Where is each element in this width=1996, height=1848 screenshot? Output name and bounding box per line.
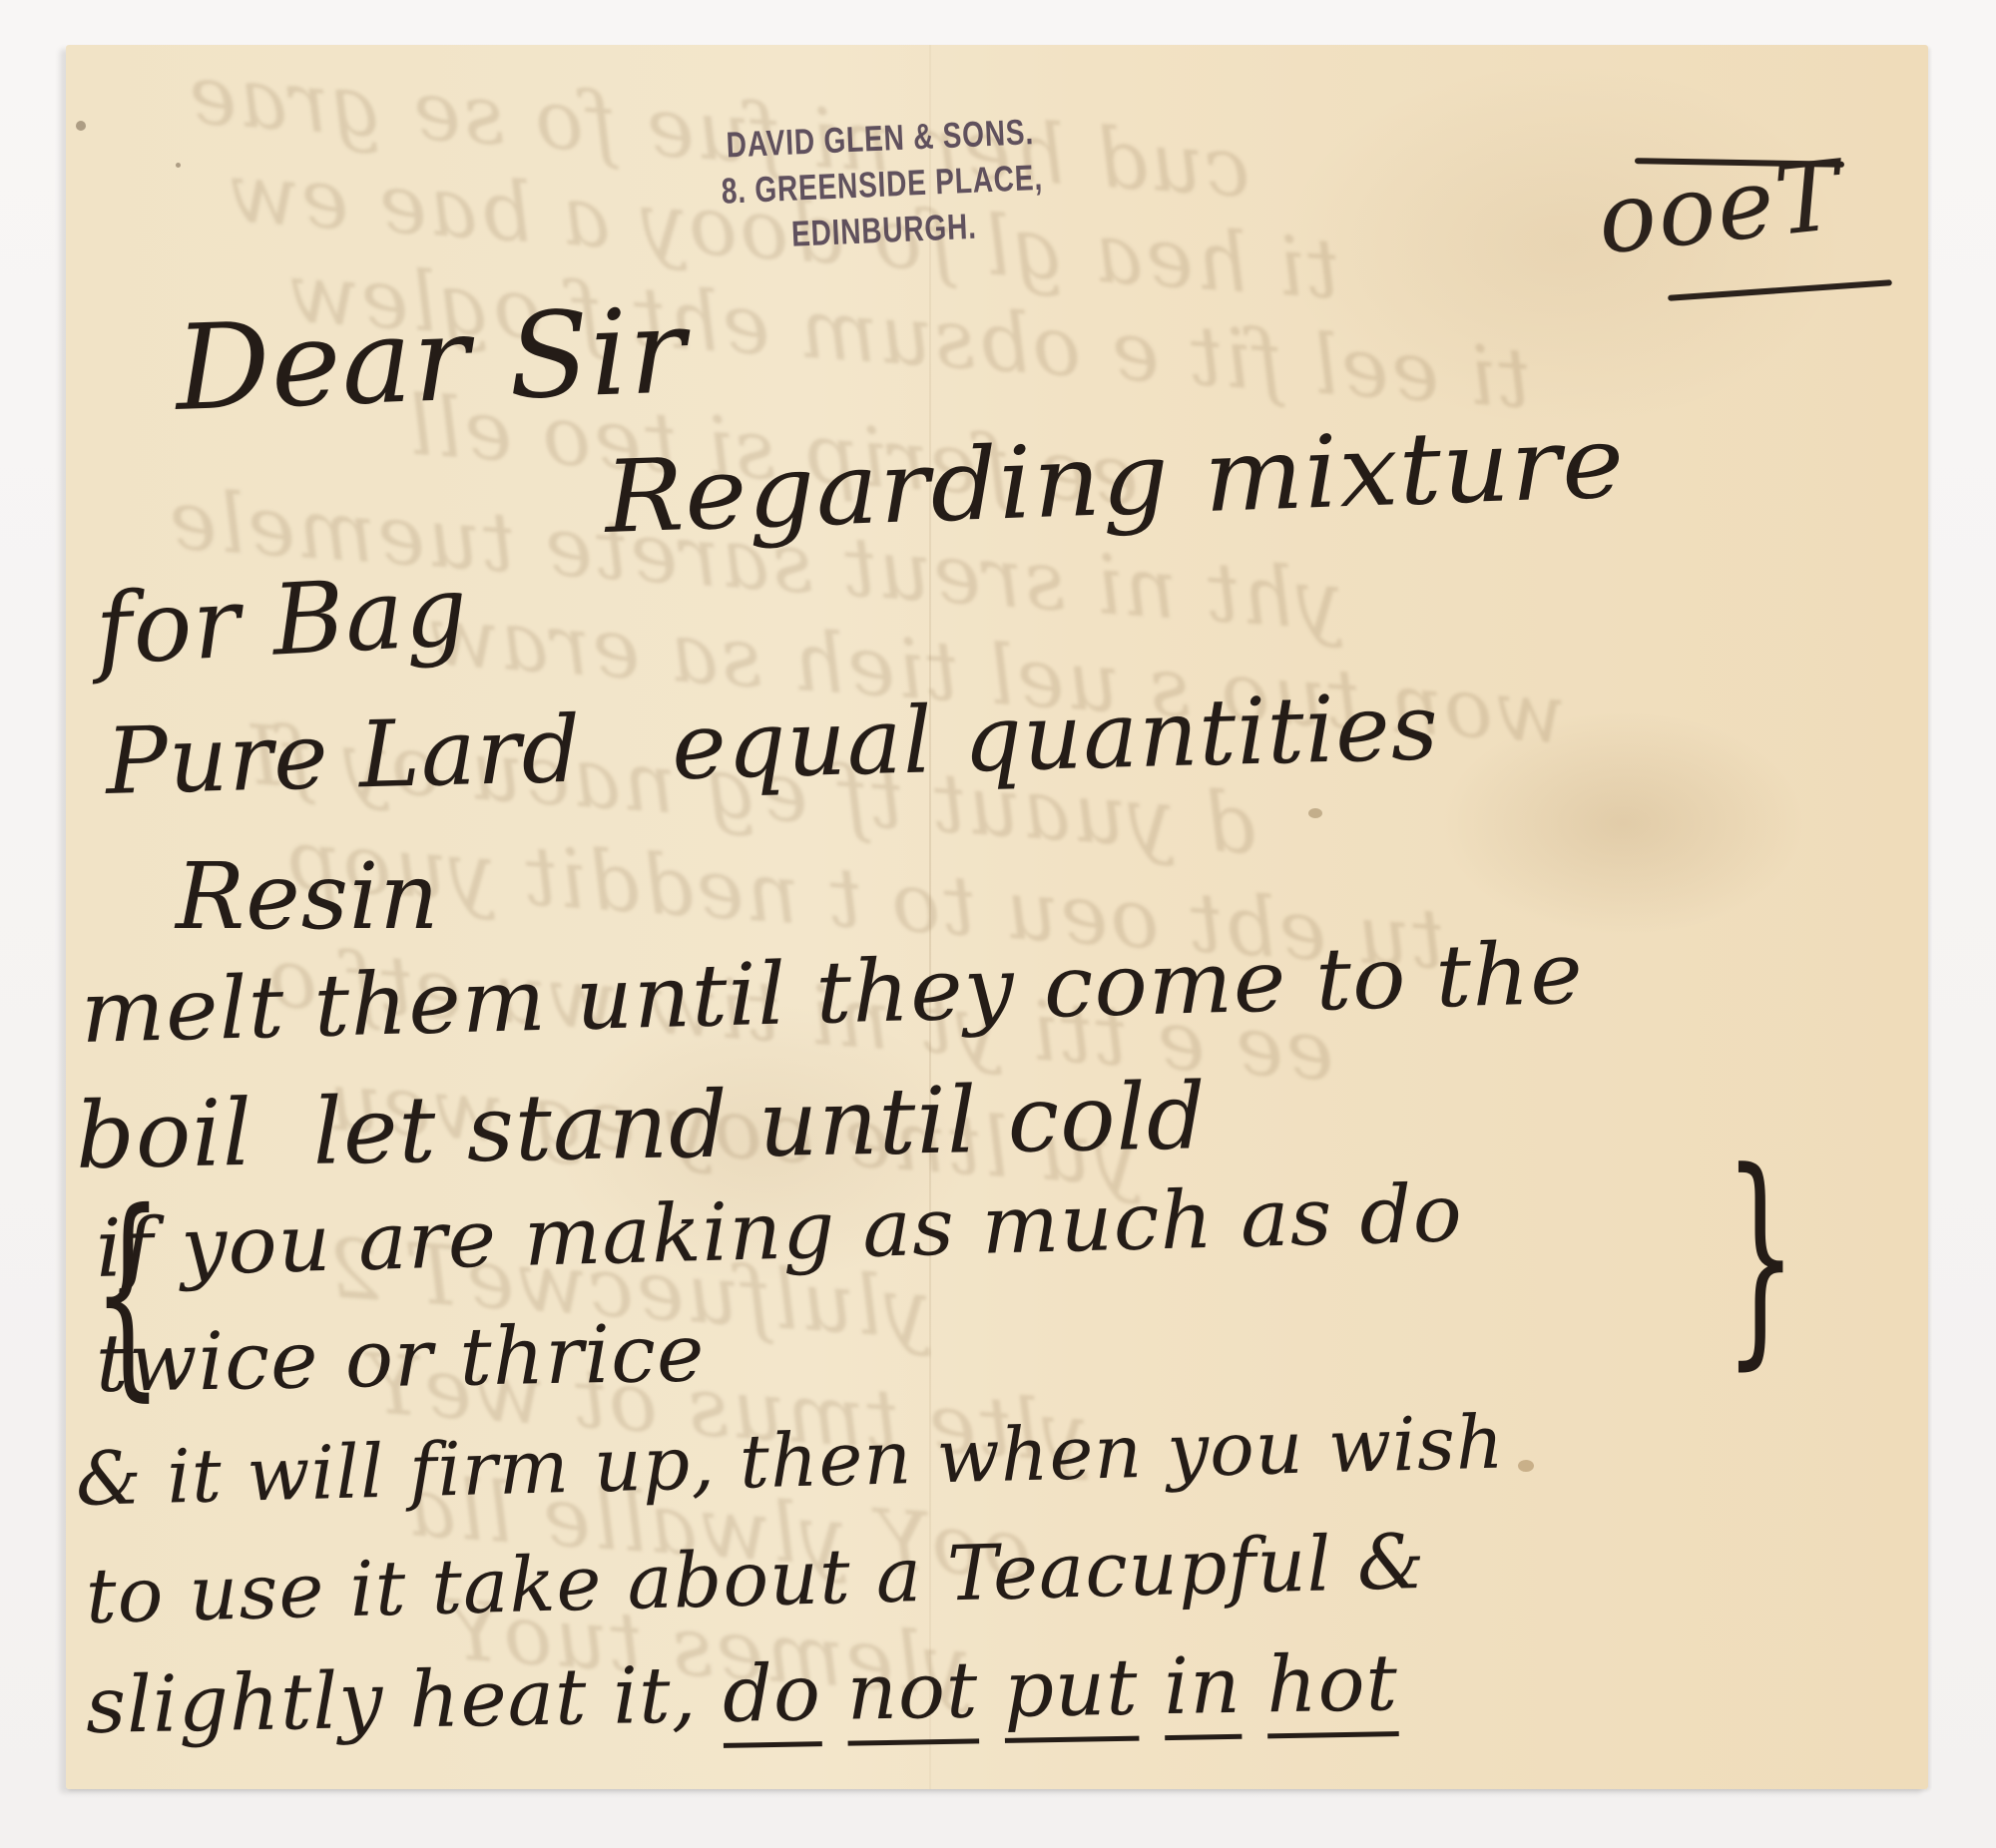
letter-line-11: slightly heat it, do not put in hot: [85, 1638, 1398, 1751]
letter-line-1: Regarding mixture: [603, 403, 1627, 556]
emphasis-do: do: [722, 1648, 821, 1740]
letter-line-6: boil let stand until cold: [75, 1063, 1208, 1189]
letter-line-6-text: boil let stand until cold: [75, 1063, 1208, 1189]
letter-line-9: & it will firm up, then when you wish: [75, 1400, 1506, 1523]
paper-fold-line: [929, 45, 931, 1789]
letter-line-11-prefix: slightly heat it,: [85, 1650, 724, 1751]
emphasis-put: put: [1003, 1643, 1139, 1735]
letter-line-3: Pure Lard equal quantities: [105, 674, 1441, 815]
letterhead-stamp: DAVID GLEN & SONS. 8. GREENSIDE PLACE, E…: [670, 107, 1095, 262]
paper-speck: [76, 121, 86, 131]
letter-paper: cud her ni fue fo se grae ti hea gl fo d…: [66, 45, 1928, 1789]
letter-line-2: for Bag: [93, 555, 471, 688]
paper-speck: [1308, 808, 1322, 818]
reference-mark-text: ooeT: [1593, 140, 1847, 276]
letter-line-3-text: Pure Lard equal quantities: [105, 674, 1441, 815]
letter-line-7: if you are making as much as do: [95, 1166, 1464, 1295]
emphasis-not: not: [846, 1645, 979, 1737]
letter-line-8: twice or thrice: [95, 1306, 706, 1410]
letter-line-4: Resin: [176, 843, 440, 950]
paper-speck: [1518, 1460, 1534, 1472]
paper-speck: [176, 163, 181, 168]
emphasis-in: in: [1164, 1641, 1243, 1732]
reference-mark: ooeT: [1563, 100, 1862, 289]
reference-underline: [1668, 279, 1892, 301]
right-brace-icon: }: [1725, 1143, 1797, 1372]
salutation: Dear Sir: [174, 281, 689, 437]
emphasis-hot: hot: [1266, 1638, 1399, 1730]
letter-line-10: to use it take about a Teacupful &: [85, 1517, 1427, 1640]
